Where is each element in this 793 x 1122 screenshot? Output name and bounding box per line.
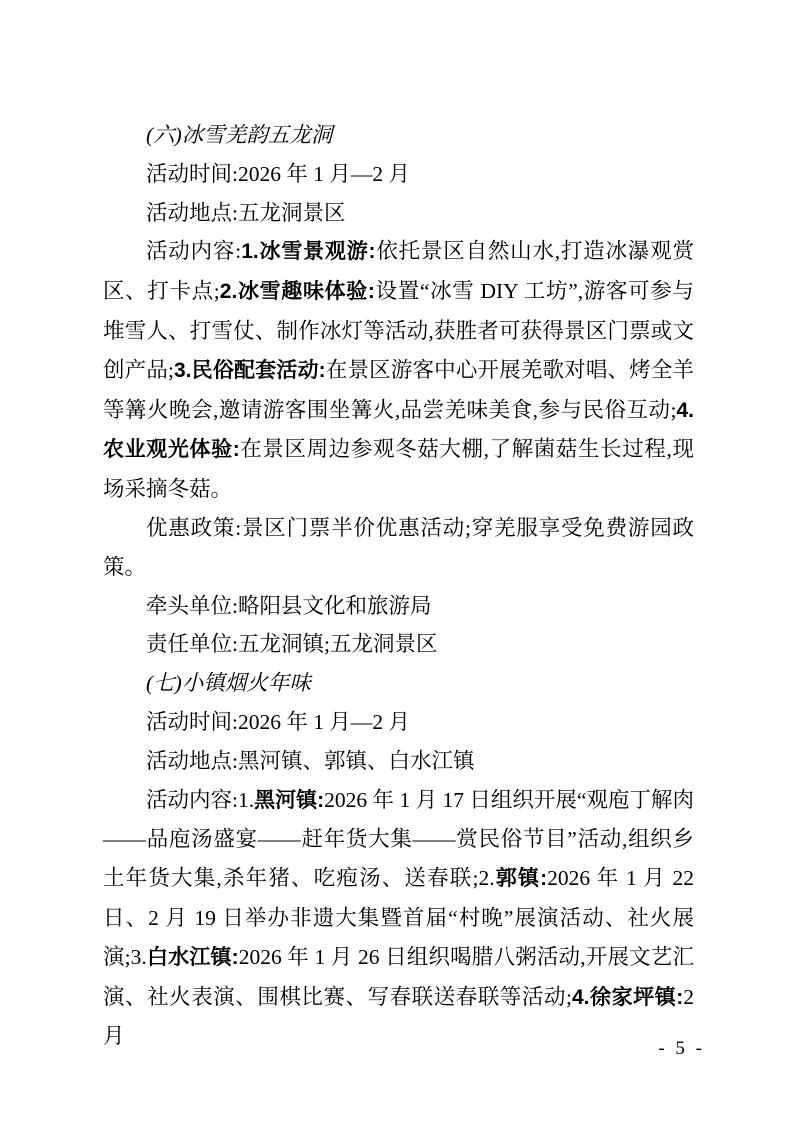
text-run-bold: 郭镇: — [495, 867, 548, 890]
section-seven-activity-time: 活动时间:2026 年 1 月—2 月 — [103, 703, 694, 742]
section-six-discount-policy: 优惠政策:景区门票半价优惠活动;穿羌服享受免费游园政策。 — [103, 509, 694, 587]
text-run: 活动内容:1. — [146, 788, 254, 812]
text-run-bold: 3.民俗配套活动: — [174, 359, 326, 382]
section-seven-activity-content: 活动内容:1.黑河镇:2026 年 1 月 17 日组织开展“观庖丁解肉——品庖… — [103, 781, 694, 1057]
section-six-heading: (六)冰雪羌韵五龙洞 — [103, 116, 694, 155]
text-run-bold: 白水江镇: — [147, 946, 239, 969]
text-run-bold: 2.冰雪趣味体验: — [220, 280, 375, 303]
section-seven-heading: (七)小镇烟火年味 — [103, 664, 694, 703]
document-page: (六)冰雪羌韵五龙洞 活动时间:2026 年 1 月—2 月 活动地点:五龙洞景… — [0, 0, 793, 1122]
page-number: - 5 - — [658, 1038, 705, 1060]
section-seven: (七)小镇烟火年味 活动时间:2026 年 1 月—2 月 活动地点:黑河镇、郭… — [103, 664, 694, 1056]
document-body: (六)冰雪羌韵五龙洞 活动时间:2026 年 1 月—2 月 活动地点:五龙洞景… — [103, 116, 694, 1056]
text-run: 活动内容: — [146, 239, 241, 263]
section-six-responsible-unit: 责任单位:五龙洞镇;五龙洞景区 — [103, 625, 694, 664]
text-run-bold: 黑河镇: — [254, 789, 324, 812]
section-six: (六)冰雪羌韵五龙洞 活动时间:2026 年 1 月—2 月 活动地点:五龙洞景… — [103, 116, 694, 664]
section-six-activity-content: 活动内容:1.冰雪景观游:依托景区自然山水,打造冰瀑观赏区、打卡点;2.冰雪趣味… — [103, 232, 694, 509]
section-seven-activity-place: 活动地点:黑河镇、郭镇、白水江镇 — [103, 742, 694, 781]
section-six-activity-place: 活动地点:五龙洞景区 — [103, 194, 694, 233]
section-six-lead-unit: 牵头单位:略阳县文化和旅游局 — [103, 587, 694, 626]
text-run-bold: 4.徐家坪镇: — [572, 986, 683, 1009]
section-six-activity-time: 活动时间:2026 年 1 月—2 月 — [103, 155, 694, 194]
text-run-bold: 1.冰雪景观游: — [241, 240, 375, 263]
